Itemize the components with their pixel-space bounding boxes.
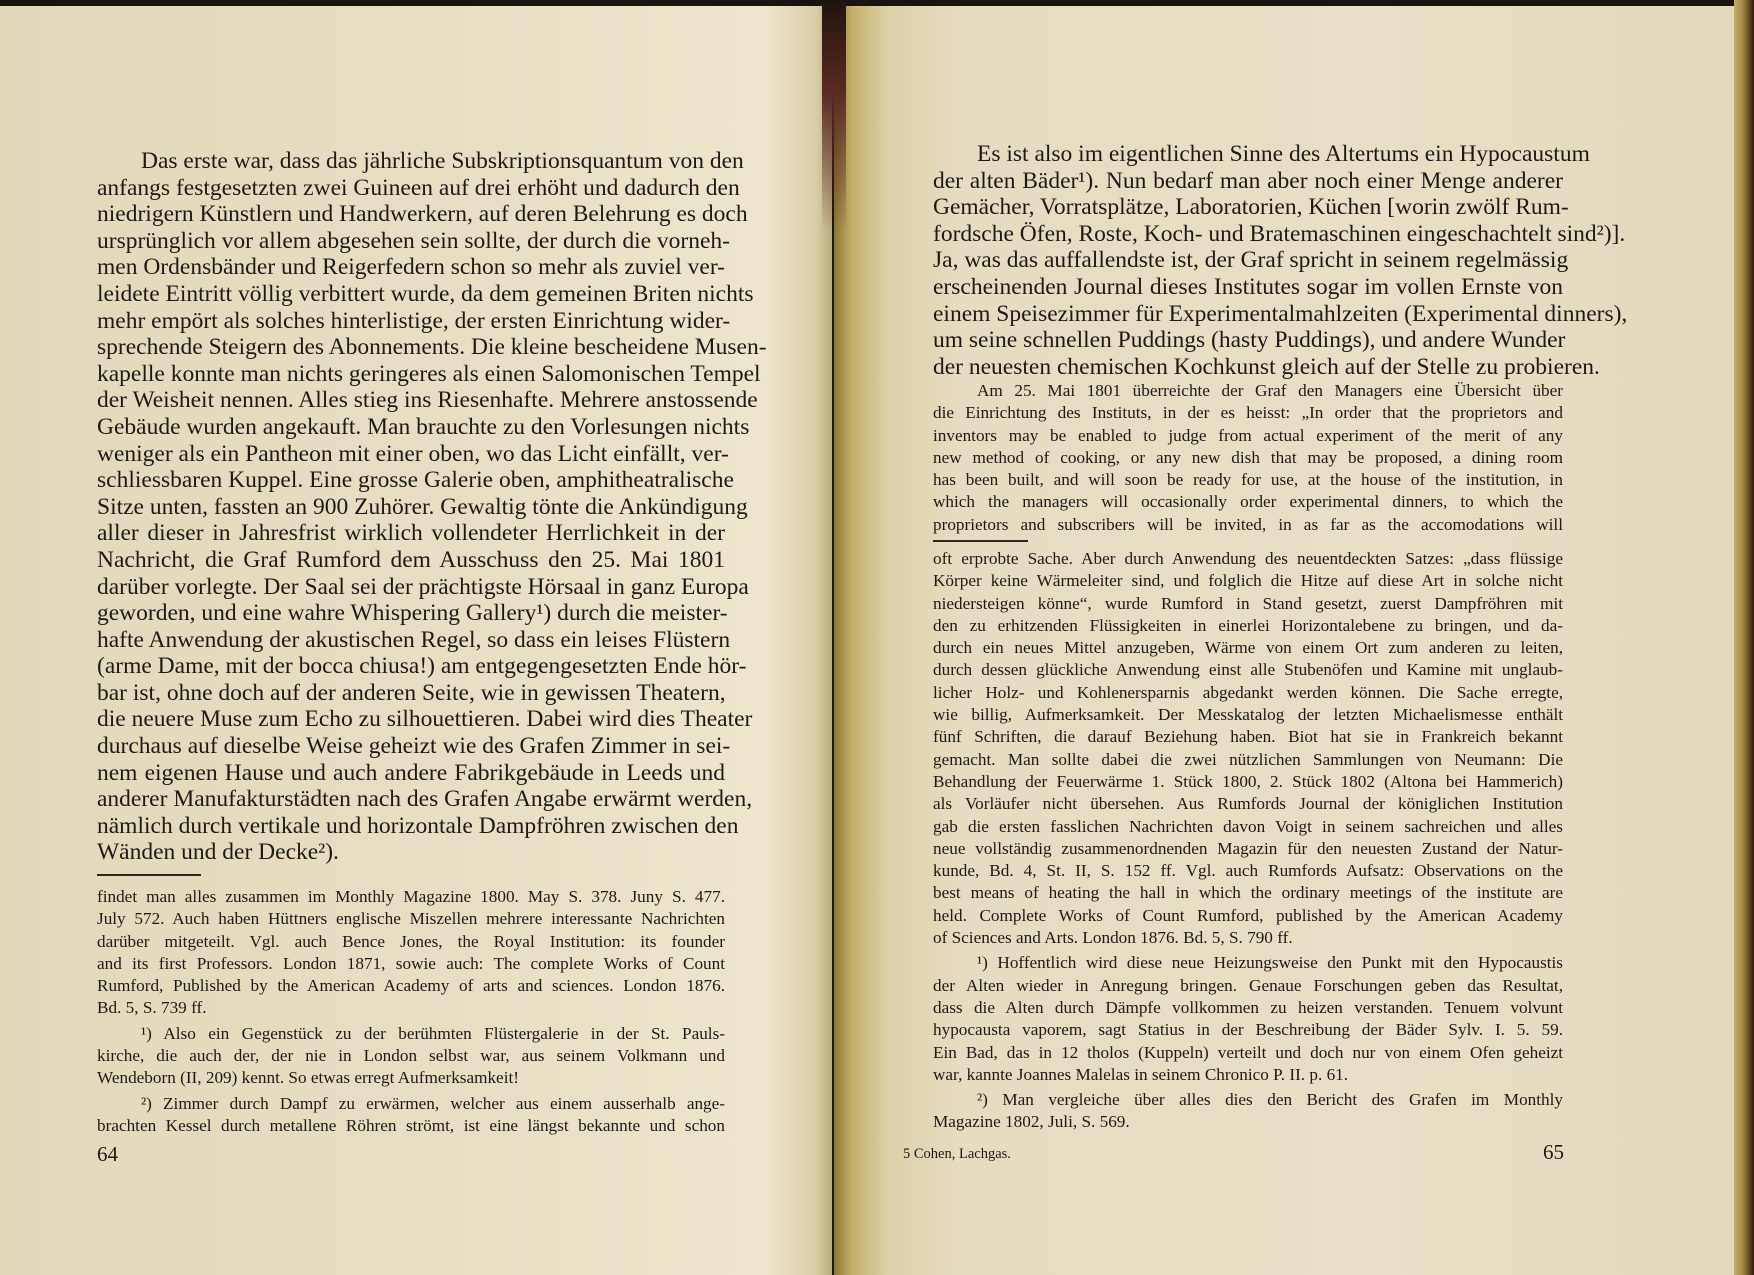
page-number-right: 65	[1543, 1140, 1564, 1165]
text-line: Ja, was das auffallendste ist, der Graf …	[933, 247, 1563, 274]
right-quote-text: Am 25. Mai 1801 überreichte der Graf den…	[933, 380, 1563, 536]
footnote-separator	[97, 874, 201, 876]
text-line: nem eigenen Hause und auch andere Fabrik…	[97, 760, 725, 787]
text-line: mehr empört als solches hinterlistige, d…	[97, 308, 725, 335]
footnote-line: Bd. 5, S. 739 ff.	[97, 997, 725, 1019]
footnote-line: war, kannte Joannes Malelas in seinem Ch…	[933, 1064, 1563, 1086]
text-line: anderer Manufakturstädten nach des Grafe…	[97, 786, 725, 813]
footnote-line: ¹) Also ein Gegenstück zu der berühmten …	[97, 1023, 725, 1045]
quote-line: proprietors and subscribers will be invi…	[933, 514, 1563, 536]
footnote-line: darüber mitgeteilt. Vgl. auch Bence Jone…	[97, 931, 725, 953]
footnote-line: hypocausta vaporem, sagt Statius in der …	[933, 1019, 1563, 1041]
text-line: sprechende Steigern des Abonnements. Die…	[97, 334, 725, 361]
footnote-line: of Sciences and Arts. London 1876. Bd. 5…	[933, 927, 1563, 949]
text-line: Nachricht, die Graf Rumford dem Ausschus…	[97, 547, 725, 574]
footnote-line: licher Holz- und Kohlenersparnis abgedan…	[933, 682, 1563, 704]
text-line: darüber vorlegte. Der Saal sei der präch…	[97, 574, 725, 601]
footnote-line: Behandlung der Feuerwärme 1. Stück 1800,…	[933, 771, 1563, 793]
footnote-line: als Vorläufer nicht übersehen. Aus Rumfo…	[933, 793, 1563, 815]
text-line: Wänden und der Decke²).	[97, 839, 725, 866]
footnote-line: wie billig, Aufmerksamkeit. Der Messkata…	[933, 704, 1563, 726]
text-line: weniger als ein Pantheon mit einer oben,…	[97, 441, 725, 468]
page-edge	[1734, 0, 1754, 1275]
text-line: hafte Anwendung der akustischen Regel, s…	[97, 627, 725, 654]
footnote-line: gab die ersten fasslichen Nachrichten da…	[933, 816, 1563, 838]
text-line: der neuesten chemischen Kochkunst gleich…	[933, 354, 1563, 381]
footnote-line: Körper keine Wärmeleiter sind, und folgl…	[933, 570, 1563, 592]
footnote-line: gemacht. Man sollte dabei die zwei nützl…	[933, 749, 1563, 771]
text-line: men Ordensbänder und Reigerfedern schon …	[97, 254, 725, 281]
footnote-line: Ein Bad, das in 12 tholos (Kuppeln) vert…	[933, 1042, 1563, 1064]
text-line: (arme Dame, mit der bocca chiusa!) am en…	[97, 653, 725, 680]
text-line: aller dieser in Jahresfrist wirklich vol…	[97, 520, 725, 547]
text-line: der Weisheit nennen. Alles stieg ins Rie…	[97, 387, 725, 414]
text-line: Gemächer, Vorratsplätze, Laboratorien, K…	[933, 194, 1563, 221]
text-line: anfangs festgesetzten zwei Guineen auf d…	[97, 175, 725, 202]
text-line: Das erste war, dass das jährliche Subskr…	[97, 148, 725, 175]
text-line: ursprünglich vor allem abgesehen sein so…	[97, 228, 725, 255]
text-line: niedrigern Künstlern und Handwerkern, au…	[97, 201, 725, 228]
left-footnotes: findet man alles zusammen im Monthly Mag…	[97, 886, 725, 1137]
right-footnotes: oft erprobte Sache. Aber durch Anwendung…	[933, 548, 1563, 1134]
footnote-line: der Alten wieder in Anregung bringen. Ge…	[933, 975, 1563, 997]
text-line: geworden, und eine wahre Whispering Gall…	[97, 600, 725, 627]
footnote-line: dass die Alten durch Dämpfe vollkommen z…	[933, 997, 1563, 1019]
quote-line: inventors may be enabled to judge from a…	[933, 425, 1563, 447]
footnote-line: neue vollständig zusammenordnenden Magaz…	[933, 838, 1563, 860]
text-line: fordsche Öfen, Roste, Koch- und Bratemas…	[933, 221, 1563, 248]
text-line: Es ist also im eigentlichen Sinne des Al…	[933, 141, 1563, 168]
footnote-line: fünf Schriften, die darauf Beziehung hab…	[933, 726, 1563, 748]
text-line: einem Speisezimmer für Experimentalmahlz…	[933, 301, 1563, 328]
text-line: der alten Bäder¹). Nun bedarf man aber n…	[933, 168, 1563, 195]
page-number-left: 64	[97, 1142, 118, 1167]
footnote-line: ²) Zimmer durch Dampf zu erwärmen, welch…	[97, 1093, 725, 1115]
quote-line: die Einrichtung des Instituts, in der es…	[933, 402, 1563, 424]
footnote-line: kirche, die auch der, der nie in London …	[97, 1045, 725, 1067]
text-line: nämlich durch vertikale und horizontale …	[97, 813, 725, 840]
quote-line: which the managers will occasionally ord…	[933, 491, 1563, 513]
text-line: um seine schnellen Puddings (hasty Puddi…	[933, 327, 1563, 354]
left-body-text: Das erste war, dass das jährliche Subskr…	[97, 148, 725, 866]
footnote-line: durch dessen glückliche Anwendung einst …	[933, 659, 1563, 681]
quote-line: new method of cooking, or any new dish t…	[933, 447, 1563, 469]
footnote-line: kunde, Bd. 4, St. II, S. 152 ff. Vgl. au…	[933, 860, 1563, 882]
signature-mark: 5 Cohen, Lachgas.	[903, 1146, 1011, 1163]
footnote-line: Wendeborn (II, 209) kennt. So etwas erre…	[97, 1067, 725, 1089]
text-line: Sitze unten, fassten an 900 Zuhörer. Gew…	[97, 494, 725, 521]
footnote-line: and its first Professors. London 1871, s…	[97, 953, 725, 975]
text-line: bar ist, ohne doch auf der anderen Seite…	[97, 680, 725, 707]
footnote-line: den zu erhitzenden Flüssigkeiten in eine…	[933, 615, 1563, 637]
footnote-line: ²) Man vergleiche über alles dies den Be…	[933, 1089, 1563, 1111]
footnote-line: Magazine 1802, Juli, S. 569.	[933, 1111, 1563, 1133]
text-line: leidete Eintritt völlig verbittert wurde…	[97, 281, 725, 308]
right-body-text: Es ist also im eigentlichen Sinne des Al…	[933, 141, 1563, 380]
text-line: durchaus auf dieselbe Weise geheizt wie …	[97, 733, 725, 760]
footnote-line: brachten Kessel durch metallene Röhren s…	[97, 1115, 725, 1137]
footnote-line: durch ein neues Mittel anzugeben, Wärme …	[933, 637, 1563, 659]
text-line: kapelle konnte man nichts geringeres als…	[97, 361, 725, 388]
quote-line: Am 25. Mai 1801 überreichte der Graf den…	[933, 380, 1563, 402]
footnote-line: ¹) Hoffentlich wird diese neue Heizungsw…	[933, 952, 1563, 974]
footnote-line: oft erprobte Sache. Aber durch Anwendung…	[933, 548, 1563, 570]
footnote-separator	[933, 540, 1028, 542]
book-gutter	[822, 0, 846, 230]
footnote-line: best means of heating the hall in which …	[933, 882, 1563, 904]
book-spread: Das erste war, dass das jährliche Subskr…	[0, 0, 1754, 1275]
text-line: schliessbaren Kuppel. Eine grosse Galeri…	[97, 467, 725, 494]
footnote-line: Rumford, Published by the American Acade…	[97, 975, 725, 997]
quote-line: has been built, and will soon be ready f…	[933, 469, 1563, 491]
footnote-line: July 572. Auch haben Hüttners englische …	[97, 908, 725, 930]
text-line: erscheinenden Journal dieses Institutes …	[933, 274, 1563, 301]
footnote-line: niedersteigen könne“, wurde Rumford in S…	[933, 593, 1563, 615]
footnote-line: findet man alles zusammen im Monthly Mag…	[97, 886, 725, 908]
text-line: Gebäude wurden angekauft. Man brauchte z…	[97, 414, 725, 441]
footnote-line: held. Complete Works of Count Rumford, p…	[933, 905, 1563, 927]
text-line: die neuere Muse zum Echo zu silhouettier…	[97, 706, 725, 733]
